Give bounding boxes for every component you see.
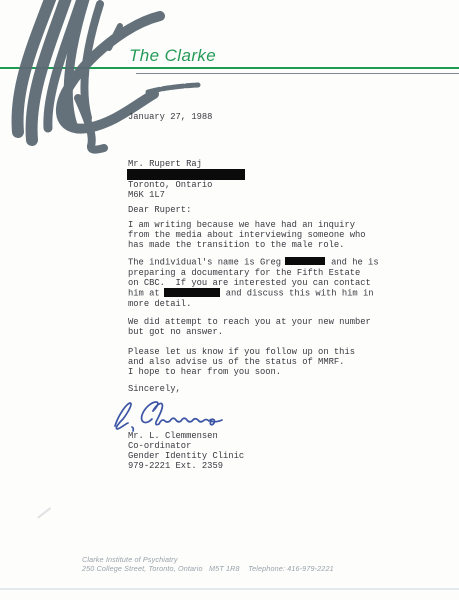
letter-page: The Clarke January 27, 1988 Mr. Rupert R… — [0, 0, 459, 600]
body-line: I am writing because we have had an inqu… — [128, 220, 366, 230]
recipient-name: Mr. Rupert Raj — [128, 159, 245, 170]
recipient-city: Toronto, Ontario — [128, 180, 245, 191]
body-paragraph-4: Please let us know if you follow up on t… — [128, 347, 355, 368]
body-text: him at — [128, 289, 160, 299]
handwritten-signature — [110, 399, 225, 433]
body-paragraph-1: I am writing because we have had an inqu… — [128, 220, 366, 251]
body-paragraph-5: I hope to hear from you soon. — [128, 367, 281, 377]
signatory-department: Gender Identity Clinic — [128, 451, 244, 461]
body-paragraph-2: The individual's name is Gregand he is p… — [128, 257, 379, 310]
signatory-phone: 979-2221 Ext. 2359 — [128, 461, 244, 471]
body-paragraph-3: We did attempt to reach you at your new … — [128, 317, 371, 338]
recipient-postal-code: M6K 1L7 — [128, 190, 245, 201]
clarke-logo-scribble-icon — [8, 0, 208, 160]
salutation: Dear Rupert: — [128, 205, 191, 215]
signature-block: Mr. L. Clemmensen Co-ordinator Gender Id… — [128, 431, 244, 472]
body-line: Please let us know if you follow up on t… — [128, 347, 355, 357]
footer-organization: Clarke Institute of Psychiatry — [82, 555, 334, 565]
phone-redaction-bar — [164, 288, 220, 297]
signatory-name: Mr. L. Clemmensen — [128, 431, 244, 441]
body-line: We did attempt to reach you at your new … — [128, 317, 371, 327]
surname-redaction-bar — [285, 257, 325, 266]
body-line: more detail. — [128, 299, 379, 309]
body-text: and discuss this with him in — [226, 289, 374, 299]
pencil-margin-mark — [37, 507, 51, 518]
footer-address: 250 College Street, Toronto, Ontario M5T… — [82, 564, 334, 574]
body-text: and he is — [331, 257, 379, 267]
body-line: from the media about interviewing someon… — [128, 230, 366, 240]
body-line: but got no answer. — [128, 327, 371, 337]
body-line: I hope to hear from you soon. — [128, 367, 281, 377]
body-line: preparing a documentary for the Fifth Es… — [128, 268, 379, 278]
signatory-title: Co-ordinator — [128, 441, 244, 451]
body-line: The individual's name is Gregand he is — [128, 257, 379, 268]
body-line: him atand discuss this with him in — [128, 288, 379, 299]
recipient-block: Mr. Rupert Raj Toronto, Ontario M6K 1L7 — [128, 159, 245, 202]
closing: Sincerely, — [128, 384, 181, 394]
body-line: on CBC. If you are interested you can co… — [128, 278, 379, 288]
scan-bottom-edge — [0, 588, 459, 590]
letterhead-footer: Clarke Institute of Psychiatry 250 Colle… — [82, 555, 334, 574]
body-line: has made the transition to the male role… — [128, 240, 366, 250]
address-redaction-bar — [127, 169, 245, 179]
body-text: The individual's name is Greg — [128, 257, 281, 267]
date-line: January 27, 1988 — [128, 112, 212, 122]
